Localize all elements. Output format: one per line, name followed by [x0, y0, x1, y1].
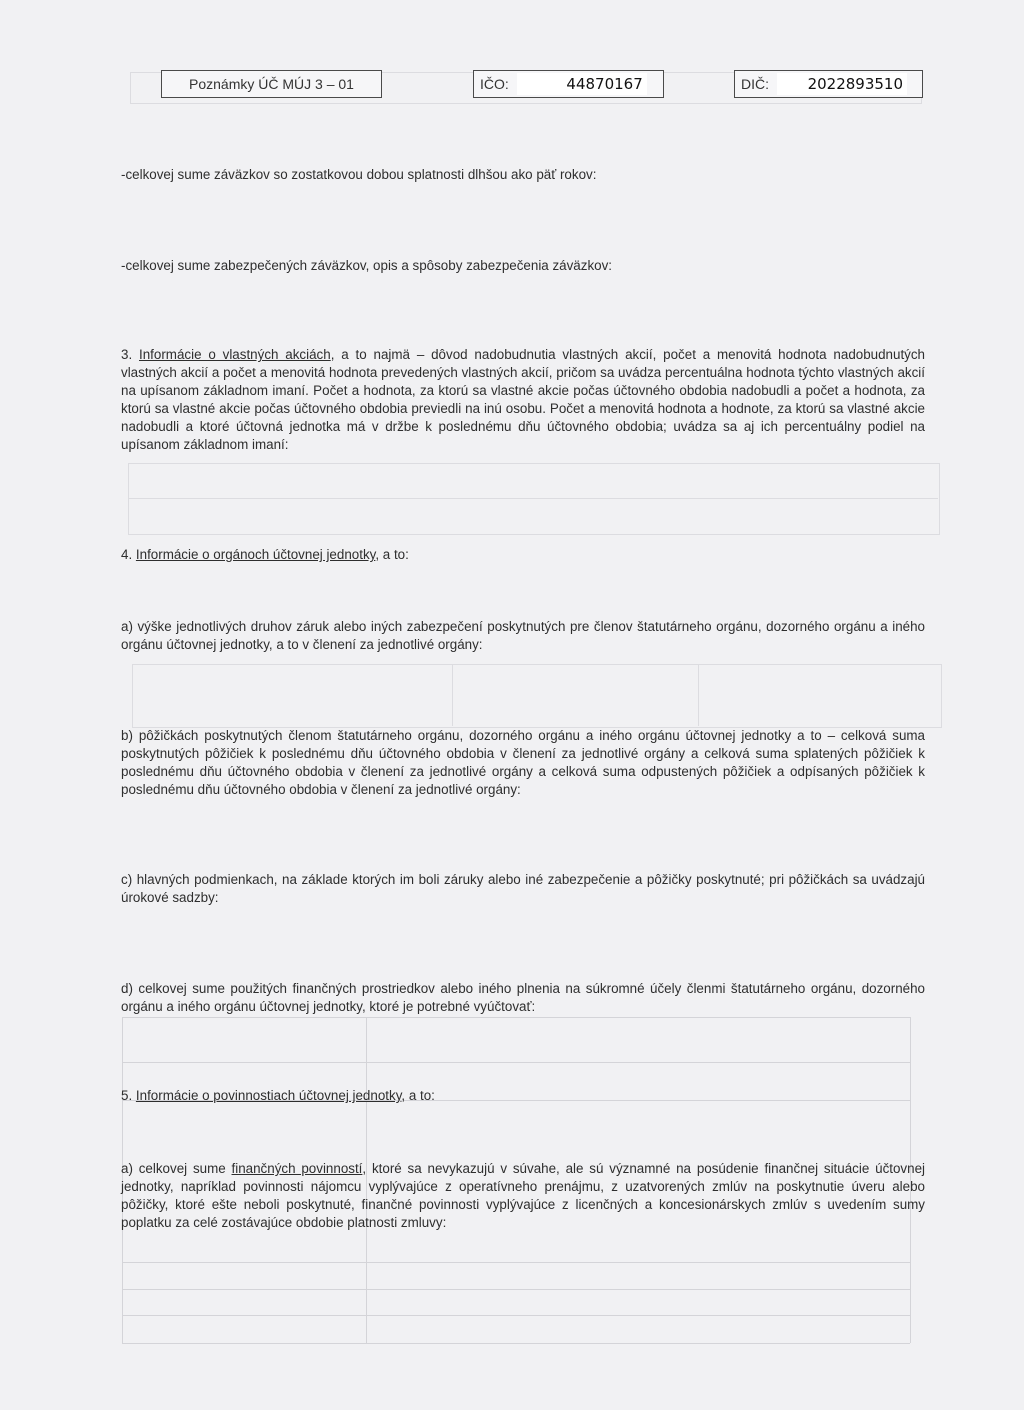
dic-label: DIČ:: [741, 76, 769, 92]
section-4b-text: b) pôžičkách poskytnutých členom štatutá…: [121, 727, 925, 799]
document-page: Poznámky ÚČ MÚJ 3 – 01 IČO: 44870167 DIČ…: [0, 0, 1024, 1410]
ghost-line: [452, 664, 453, 726]
table-line: [122, 1062, 910, 1063]
ghost-table-names: [132, 664, 942, 728]
dic-value: 2022893510: [777, 73, 907, 95]
section-3-heading: Informácie o vlastných akciách: [139, 347, 331, 362]
section-4a-text: a) výške jednotlivých druhov záruk alebo…: [121, 618, 925, 654]
section-4-heading: Informácie o orgánoch účtovnej jednotky: [136, 547, 375, 562]
ghost-line: [698, 664, 699, 726]
section-5-heading: Informácie o povinnostiach účtovnej jedn…: [136, 1088, 401, 1103]
section-3-paragraph: 3. Informácie o vlastných akciách, a to …: [121, 346, 925, 454]
form-title-box: Poznámky ÚČ MÚJ 3 – 01: [161, 70, 382, 98]
section-4-suffix: , a to:: [375, 547, 409, 562]
section-5a-underlined: finančných povinností: [232, 1161, 363, 1176]
section-5-heading-line: 5. Informácie o povinnostiach účtovnej j…: [121, 1087, 925, 1105]
dic-box: DIČ: 2022893510: [734, 70, 923, 98]
section-5a-paragraph: a) celkovej sume finančných povinností, …: [121, 1160, 925, 1232]
form-title: Poznámky ÚČ MÚJ 3 – 01: [189, 76, 354, 92]
section-3-number: 3.: [121, 347, 132, 362]
section-3-text: , a to najmä – dôvod nadobudnutia vlastn…: [121, 347, 925, 452]
section-5-number: 5.: [121, 1088, 132, 1103]
ico-box: IČO: 44870167: [473, 70, 664, 98]
ico-value: 44870167: [517, 73, 647, 95]
section-4c-text: c) hlavných podmienkach, na základe ktor…: [121, 871, 925, 907]
section-5a-prefix: a) celkovej sume: [121, 1161, 232, 1176]
table-line: [122, 1017, 910, 1018]
section-4d-text: d) celkovej sume použitých finančných pr…: [121, 980, 925, 1016]
section-5-suffix: , a to:: [401, 1088, 435, 1103]
ghost-line: [128, 498, 938, 499]
secured-liabilities-text: -celkovej sume zabezpečených záväzkov, o…: [121, 257, 925, 275]
table-line: [122, 1289, 910, 1290]
table-line: [122, 1262, 910, 1263]
ghost-table-ico: [128, 463, 940, 535]
section-4-heading-line: 4. Informácie o orgánoch účtovnej jednot…: [121, 546, 925, 564]
section-4-number: 4.: [121, 547, 132, 562]
long-term-liabilities-text: -celkovej sume záväzkov so zostatkovou d…: [121, 166, 925, 184]
ico-label: IČO:: [480, 76, 509, 92]
table-line: [122, 1315, 910, 1316]
table-line: [122, 1343, 910, 1344]
